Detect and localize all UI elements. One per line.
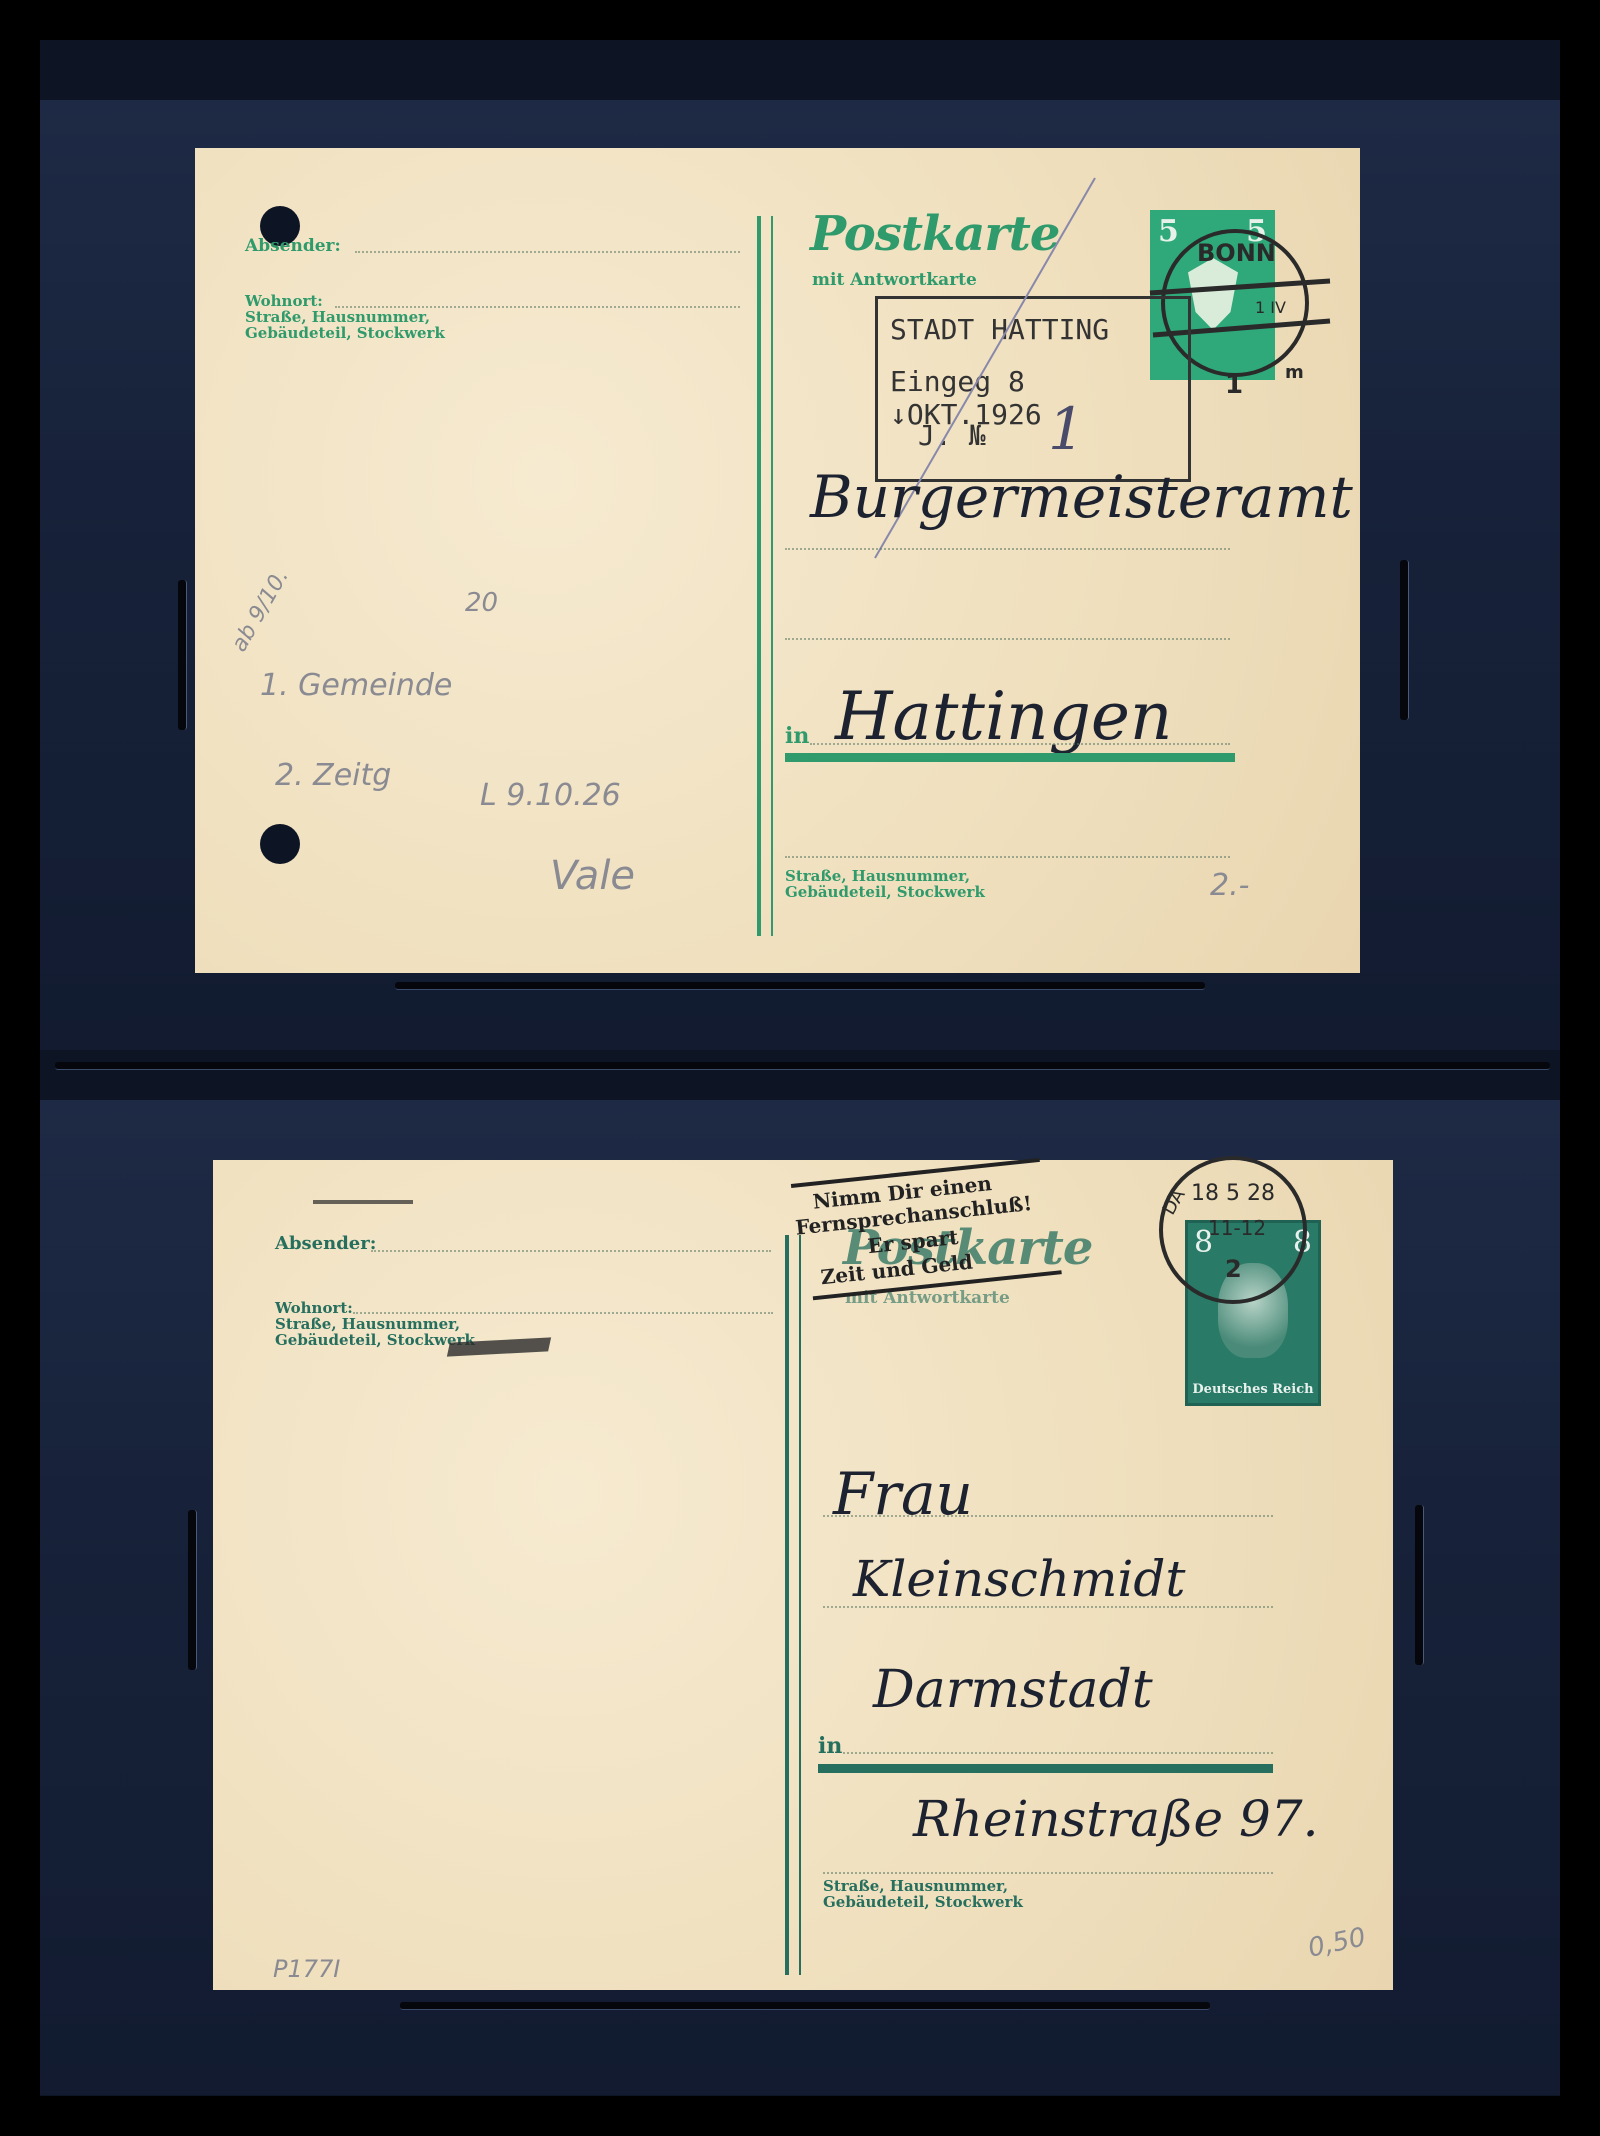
sender-line [371, 1250, 771, 1252]
address-line [823, 1515, 1273, 1517]
pencil-price: 2.- [1210, 868, 1249, 903]
postcard-1926: Absender: Wohnort: Straße, Hausnummer, G… [195, 148, 1360, 973]
strip-groove [400, 2002, 1210, 2010]
street-line [785, 856, 1230, 858]
address-line [785, 638, 1230, 640]
street-line [823, 1872, 1273, 1874]
pencil-note: ab 9/10. [227, 565, 294, 656]
address-line [785, 548, 1230, 550]
pencil-note: L 9.10.26 [480, 778, 621, 813]
catalog-number: P177I [273, 1955, 340, 1983]
punch-hole [260, 824, 300, 864]
strip-bottom-edge [55, 1062, 1550, 1070]
svg-text:1 IV: 1 IV [1255, 298, 1286, 317]
residence-line [353, 1312, 773, 1314]
addressee-street: Rheinstraße 97. [913, 1790, 1319, 1848]
pencil-price: 0,50 [1306, 1922, 1369, 1963]
addressee-title: Frau [833, 1460, 973, 1528]
stamp-country: Deutsches Reich [1188, 1382, 1318, 1397]
city-line [810, 743, 1230, 745]
address-line [823, 1606, 1273, 1608]
strip-groove [395, 982, 1205, 990]
residence-hint: Gebäudeteil, Stockwerk [275, 1332, 475, 1349]
sender-line [355, 251, 740, 253]
pencil-signature: Vale [550, 853, 635, 899]
in-label: in [785, 728, 809, 745]
divider-rule [785, 1235, 801, 1975]
in-label: in [818, 1738, 842, 1755]
addressee-city: Darmstadt [873, 1660, 1153, 1720]
svg-text:1: 1 [1225, 370, 1243, 400]
city-line [843, 1752, 1273, 1754]
sender-label: Absender: [275, 1235, 376, 1252]
strip-clip-right [1400, 560, 1409, 720]
svg-text:18 5 28: 18 5 28 [1191, 1181, 1275, 1206]
addressee-name: Kleinschmidt [853, 1550, 1186, 1608]
postcard-1928: Absender: Wohnort: Straße, Hausnummer, G… [213, 1160, 1393, 1990]
svg-text:m: m [1285, 362, 1304, 383]
strip-clip-left [178, 580, 187, 730]
city-underline-rule [818, 1764, 1273, 1773]
svg-text:2: 2 [1225, 1255, 1242, 1283]
street-hint: Gebäudeteil, Stockwerk [785, 884, 985, 901]
pencil-note: 20 [465, 588, 498, 618]
addressee-name: Burgermeisteramt [810, 463, 1353, 531]
divider-rule [757, 216, 773, 936]
postmark-darmstadt: DA 18 5 28 11-12 2 [1133, 1155, 1333, 1325]
slogan-cancel: Nimm Dir einen Fernsprechanschluß! Er sp… [791, 1157, 1065, 1333]
pencil-note: 2. Zeitg [275, 758, 391, 793]
residence-hint: Gebäudeteil, Stockwerk [245, 325, 445, 342]
strip-clip-right [1415, 1505, 1424, 1665]
strip-clip-left [188, 1510, 197, 1670]
pencil-note: 1. Gemeinde [260, 668, 452, 703]
svg-text:11-12: 11-12 [1208, 1216, 1266, 1240]
street-hint: Gebäudeteil, Stockwerk [823, 1894, 1023, 1911]
city-underline-rule [785, 753, 1235, 762]
ink-smudge [313, 1200, 413, 1204]
sender-label: Absender: [245, 238, 341, 255]
svg-text:BONN: BONN [1197, 239, 1276, 267]
